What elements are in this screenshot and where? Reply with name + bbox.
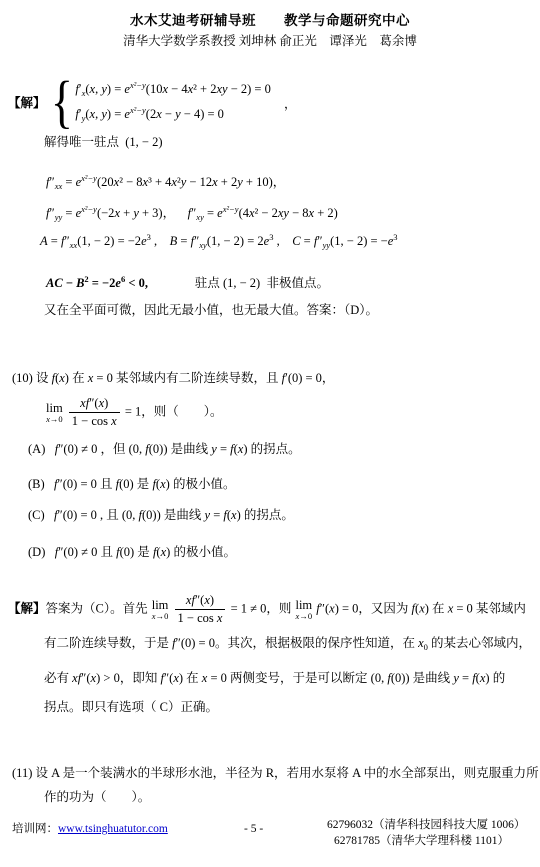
text-run: + 3)，: [139, 206, 188, 220]
text-run: ″(: [164, 671, 173, 685]
text-run: (C): [28, 508, 54, 522]
text-run: (D): [28, 545, 55, 559]
system-trailing-comma: ，: [284, 96, 297, 113]
text-run: 的某去心邻域内，: [428, 636, 531, 650]
text-run: ) 的拐点。: [243, 442, 300, 456]
text-run: xy: [199, 240, 207, 250]
text-run: (0) 是: [119, 477, 152, 491]
text-run: x²−y: [130, 80, 146, 90]
text-run: = 0 某邻域内: [453, 601, 526, 615]
text-run: (0) 是: [120, 545, 153, 559]
question10-option-a: (A) f″(0) ≠ 0 ，但 (0, f(0)) 是曲线 y = f(x) …: [28, 441, 301, 458]
denominator: 1 − cos x: [175, 610, 226, 626]
text-run: →0: [50, 414, 63, 424]
text-run: x²−y: [81, 173, 97, 183]
text-run: x: [217, 611, 223, 625]
text-run: AC: [46, 276, 63, 290]
text-run: 【解】: [8, 601, 46, 615]
text-run: (20: [97, 175, 114, 189]
text-run: =: [204, 206, 217, 220]
text-run: ² + 2: [193, 82, 216, 96]
text-run: =: [210, 508, 223, 522]
text-run: (11) 设 A 是一个装满水的半球形水池，半径为 R，若用水泵将 A 中的水全…: [12, 766, 539, 780]
solution10-line1: 【解】答案为（C）。首先 limx→0 xf″(x)1 − cos x = 1 …: [8, 593, 526, 626]
text-run: −: [162, 107, 175, 121]
solution9-conclusion: 又在全平面可微，因此无最小值，也无最大值。答案：（D）。: [44, 302, 378, 319]
text-run: ,: [273, 234, 292, 248]
text-run: ) 在: [179, 671, 202, 685]
text-run: ′(0) = 0，: [285, 371, 334, 385]
text-run: 必有: [44, 671, 72, 685]
text-run: (−2: [97, 206, 114, 220]
solution9-stationary-point: 解得唯一驻点 (1, − 2): [44, 134, 163, 151]
text-run: + 10)，: [243, 175, 285, 189]
text-run: − 2) = 0: [228, 82, 271, 96]
text-run: x²−y: [81, 204, 97, 214]
text-run: xf: [80, 396, 89, 410]
text-run: (1, − 2) = −: [330, 234, 388, 248]
limit-subscript: x→0: [46, 415, 63, 424]
footer-phone1: 62796032（清华科技园科技大厦 1006）: [327, 818, 525, 833]
limit-stack: limx→0: [295, 599, 312, 621]
question10-stem: (10) 设 f(x) 在 x = 0 某邻域内有二阶连续导数，且 f′(0) …: [12, 370, 334, 387]
text-run: ″(: [195, 593, 204, 607]
text-run: lim: [152, 598, 169, 612]
text-run: 1 − cos: [72, 414, 111, 428]
footer-site: 培训网：www.tsinghuatutor.com: [12, 822, 168, 837]
solution10-line2: 有二阶连续导数，于是 f″(0) = 0。其次，根据极限的保序性知道，在 x0 …: [44, 635, 531, 652]
text-run: (10) 设: [12, 371, 52, 385]
text-run: + 2): [314, 206, 338, 220]
text-run: −: [63, 276, 76, 290]
text-run: = 1 ≠ 0，则: [227, 601, 294, 615]
text-run: ) 的拐点。: [237, 508, 294, 522]
text-run: = −2: [89, 276, 116, 290]
limit-subscript: x→0: [152, 612, 169, 621]
text-run: 驻点 (1, − 2) 非极值点。: [148, 276, 329, 290]
text-run: =: [301, 234, 314, 248]
limit-subscript: x→0: [296, 612, 313, 621]
text-run: (1, − 2) = 2: [207, 234, 264, 248]
text-run: 拐点。即只有选项（ C）正确。: [44, 700, 218, 714]
solution9-fxx: f″xx = ex²−y(20x² − 8x³ + 4x²y − 12x + 2…: [46, 174, 285, 191]
text-run: ″(0) = 0 , 且 (0,: [58, 508, 139, 522]
text-run: =: [177, 234, 190, 248]
equation-fx: f′x(x, y) = ex²−y(10x − 4x² + 2xy − 2) =…: [75, 77, 270, 102]
text-run: ) 的: [485, 671, 505, 685]
text-run: ″(: [320, 601, 329, 615]
limit-stack: limx→0: [152, 599, 169, 621]
footer-phone2: 62781785（清华大学理科楼 1101）: [334, 834, 509, 849]
text-run: +: [120, 206, 133, 220]
text-run: 又在全平面可微，因此无最小值，也无最大值。答案：（D）。: [44, 303, 378, 317]
text-run: (0)) 是曲线: [149, 442, 212, 456]
page-number: - 5 -: [244, 822, 263, 837]
text-run: =: [217, 442, 230, 456]
text-run: ): [210, 593, 214, 607]
question10-option-b: (B) f″(0) = 0 且 f(0) 是 f(x) 的极小值。: [28, 476, 235, 493]
solution9-abc-values: A = f″xx(1, − 2) = −2e3 , B = f″xy(1, − …: [40, 233, 398, 250]
text-run: x²−y: [223, 204, 239, 214]
text-run: x: [111, 414, 117, 428]
numerator: xf″(x): [69, 396, 120, 413]
text-run: ) =: [107, 82, 124, 96]
text-run: 1 − cos: [178, 611, 217, 625]
solution9-discriminant: AC − B2 = −2e6 < 0, 驻点 (1, − 2) 非极值点。: [46, 275, 329, 292]
solution9-fyy-fxy: f″yy = ex²−y(−2x + y + 3)， f″xy = ex²−y(…: [46, 205, 338, 222]
text-run: − 4) = 0: [181, 107, 224, 121]
text-run: 作的功为（ ）。: [44, 790, 150, 804]
text-run: [64, 404, 67, 418]
text-run: =: [62, 206, 75, 220]
text-run: ″(0) ≠ 0 且: [58, 545, 116, 559]
numerator: xf″(x): [175, 593, 226, 610]
text-run: lim: [295, 598, 312, 612]
text-run: 答案为（C）。首先: [46, 601, 151, 615]
text-run: →0: [156, 611, 169, 621]
text-run: < 0,: [125, 276, 148, 290]
text-run: ) 的极小值。: [166, 545, 236, 559]
text-run: 解得唯一驻点 (1, − 2): [44, 135, 163, 149]
text-run: 有二阶连续导数，于是: [44, 636, 172, 650]
text-run: − 8: [289, 206, 309, 220]
question10-option-c: (C) f″(0) = 0 , 且 (0, f(0)) 是曲线 y = f(x)…: [28, 507, 294, 524]
text-run: ² − 8: [119, 175, 142, 189]
text-run: C: [292, 234, 300, 248]
text-run: ″(0) = 0 且: [58, 477, 116, 491]
solution10-line4: 拐点。即只有选项（ C）正确。: [44, 699, 218, 716]
text-run: xf: [186, 593, 195, 607]
system-equations: f′x(x, y) = ex²−y(10x − 4x² + 2xy − 2) =…: [75, 77, 270, 127]
text-run: = 0 两侧变号，于是可以断定 (0,: [207, 671, 387, 685]
system-brace: {: [50, 76, 72, 128]
text-run: ) > 0，即知: [96, 671, 160, 685]
text-run: xy: [278, 206, 289, 220]
solution10-line3: 必有 xf″(x) > 0，即知 f″(x) 在 x = 0 两侧变号，于是可以…: [44, 670, 505, 687]
text-run: =: [459, 671, 472, 685]
text-run: A: [40, 234, 48, 248]
text-run: yy: [323, 240, 331, 250]
text-run: ″(: [89, 396, 98, 410]
text-run: (4: [239, 206, 249, 220]
limit-stack: limx→0: [46, 402, 63, 424]
footer-site-label: 培训网：: [12, 823, 58, 835]
solution9-equation-system: 【解】 { f′x(x, y) = ex²−y(10x − 4x² + 2xy …: [8, 76, 271, 128]
website-link[interactable]: www.tsinghuatutor.com: [58, 823, 168, 835]
text-run: ) = 0，又因为: [335, 601, 412, 615]
question11-line1: (11) 设 A 是一个装满水的半球形水池，半径为 R，若用水泵将 A 中的水全…: [12, 765, 539, 782]
text-run: (0)) 是曲线: [142, 508, 205, 522]
text-run: xf: [72, 671, 81, 685]
text-run: →0: [299, 611, 312, 621]
text-run: =: [48, 234, 61, 248]
header-title: 水木艾迪考研辅导班 教学与命题研究中心: [0, 12, 540, 29]
text-run: lim: [46, 401, 63, 415]
question10-option-d: (D) f″(0) ≠ 0 且 f(0) 是 f(x) 的极小值。: [28, 544, 236, 561]
equation-fy: f′y(x, y) = ex²−y(2x − y − 4) = 0: [75, 102, 270, 127]
text-run: ) 在: [425, 601, 448, 615]
text-run: ″(0) ≠ 0 ，但 (0,: [58, 442, 145, 456]
text-run: (2: [146, 107, 156, 121]
text-run: 3: [393, 232, 397, 242]
question11-line2: 作的功为（ ）。: [44, 789, 150, 806]
fraction: xf″(x)1 − cos x: [69, 396, 120, 429]
text-run: ″(: [81, 671, 90, 685]
text-run: ) 在: [65, 371, 88, 385]
document-page: 水木艾迪考研辅导班 教学与命题研究中心 清华大学数学系教授 刘坤林 俞正光 谭泽…: [0, 0, 540, 867]
text-run: (A): [28, 442, 55, 456]
text-run: ³ + 4: [148, 175, 171, 189]
text-run: (B): [28, 477, 54, 491]
text-run: + 2: [218, 175, 238, 189]
text-run: =: [62, 175, 75, 189]
text-run: (1, − 2) = −2: [77, 234, 141, 248]
text-run: xy: [196, 212, 204, 222]
text-run: ,: [151, 234, 170, 248]
text-run: − 12: [186, 175, 212, 189]
text-run: ² − 2: [255, 206, 278, 220]
text-run: xy: [216, 82, 227, 96]
text-run: (10: [146, 82, 163, 96]
text-run: [169, 601, 172, 615]
text-run: x²−y: [130, 105, 146, 115]
question10-limit-equation: limx→0 xf″(x)1 − cos x = 1，则（ ）。: [45, 396, 223, 429]
text-run: = 1，则（ ）。: [122, 404, 223, 418]
text-run: ) =: [107, 107, 124, 121]
text-run: (0)) 是曲线: [391, 671, 454, 685]
header-professors: 清华大学数学系教授 刘坤林 俞正光 谭泽光 葛余博: [0, 33, 540, 50]
fraction: xf″(x)1 − cos x: [175, 593, 226, 626]
text-run: ): [104, 396, 108, 410]
text-run: ″(0) = 0。其次，根据极限的保序性知道，在: [176, 636, 418, 650]
text-run: ) 的极小值。: [166, 477, 236, 491]
solution-label: 【解】: [8, 93, 46, 111]
text-run: − 4: [168, 82, 188, 96]
denominator: 1 − cos x: [69, 413, 120, 429]
text-run: = 0 某邻域内有二阶连续导数，且: [93, 371, 281, 385]
